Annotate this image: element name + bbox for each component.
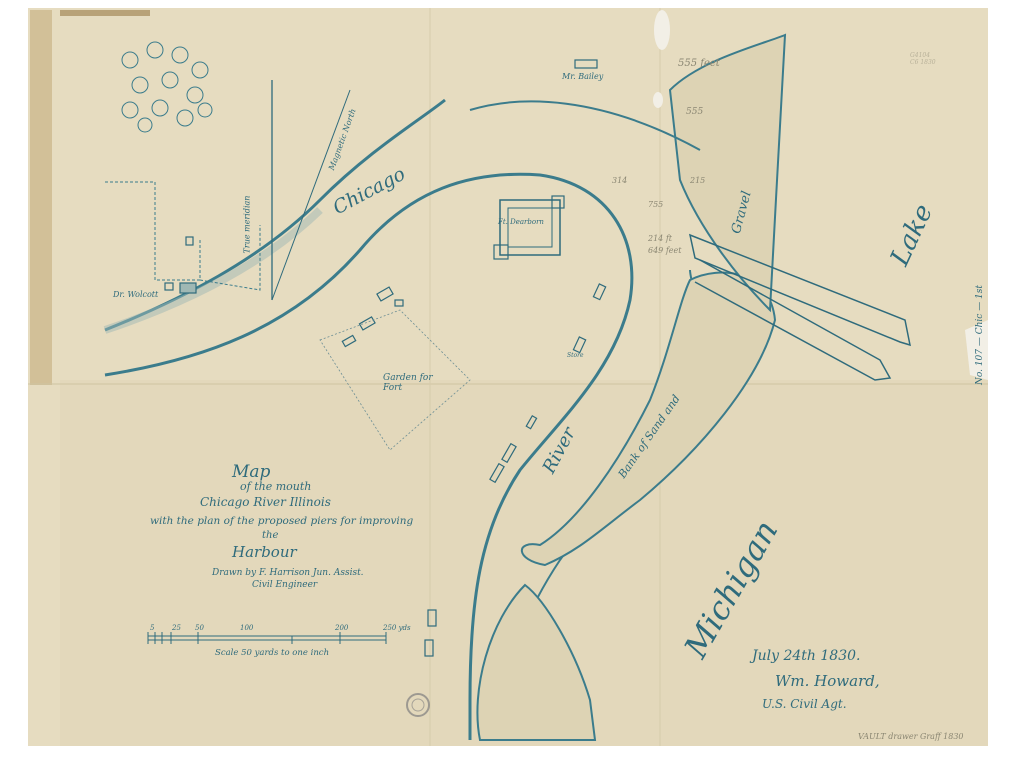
pencil-314: 314 bbox=[612, 176, 627, 185]
credit-engineer: Civil Engineer bbox=[252, 580, 317, 590]
label-fort-dearborn: Ft. Dearborn bbox=[498, 218, 544, 226]
title-proposed-piers: with the plan of the proposed piers for … bbox=[150, 515, 413, 527]
title-of-mouth: of the mouth bbox=[240, 480, 311, 493]
signature-date: July 24th 1830. bbox=[752, 648, 860, 664]
library-stamp bbox=[407, 694, 429, 716]
scale-tick-250: 250 yds bbox=[383, 624, 411, 632]
catalog-note: VAULT drawer Graff 1830 bbox=[858, 732, 964, 741]
scale-tick-5: 5 bbox=[150, 624, 154, 632]
label-dr-wolcott: Dr. Wolcott bbox=[113, 290, 158, 299]
scale-caption: Scale 50 yards to one inch bbox=[215, 648, 329, 658]
scale-bar bbox=[148, 632, 386, 644]
label-store: Store bbox=[567, 352, 584, 359]
label-garden: Garden for Fort bbox=[383, 373, 443, 393]
scale-tick-200: 200 bbox=[335, 624, 348, 632]
pencil-649-feet: 649 feet bbox=[648, 246, 681, 255]
fort-dearborn bbox=[494, 196, 564, 259]
map-drawing bbox=[0, 0, 1024, 763]
tree-cluster bbox=[122, 42, 212, 132]
title-harbour: Harbour bbox=[232, 543, 297, 561]
title-the: the bbox=[262, 530, 278, 541]
buildings bbox=[165, 60, 606, 656]
lake-shore bbox=[670, 35, 785, 310]
sand-spit bbox=[522, 273, 775, 565]
south-sand bbox=[477, 585, 595, 740]
scale-tick-25: 25 bbox=[172, 624, 181, 632]
title-chicago-river: Chicago River Illinois bbox=[200, 495, 331, 509]
signature-name: Wm. Howard, bbox=[775, 672, 880, 690]
pencil-214: 214 ft bbox=[648, 234, 672, 243]
pencil-215: 215 bbox=[690, 176, 705, 185]
credit-drawn-by: Drawn by F. Harrison Jun. Assist. bbox=[212, 568, 364, 578]
title-map: Map bbox=[232, 462, 270, 482]
reference-top: G4104 C6 1830 bbox=[910, 52, 940, 66]
label-true-meridian: True meridian bbox=[242, 196, 251, 254]
pencil-755: 755 bbox=[648, 200, 663, 209]
pencil-555: 555 bbox=[686, 107, 703, 117]
label-mr-bailey: Mr. Bailey bbox=[562, 72, 603, 81]
margin-note: No. 107 — Chic — 1st bbox=[975, 285, 985, 385]
scale-tick-100: 100 bbox=[240, 624, 253, 632]
signature-title: U.S. Civil Agt. bbox=[762, 697, 847, 711]
stain bbox=[30, 10, 52, 385]
pencil-555-feet: 555 feet bbox=[678, 58, 720, 69]
scale-tick-50: 50 bbox=[195, 624, 204, 632]
